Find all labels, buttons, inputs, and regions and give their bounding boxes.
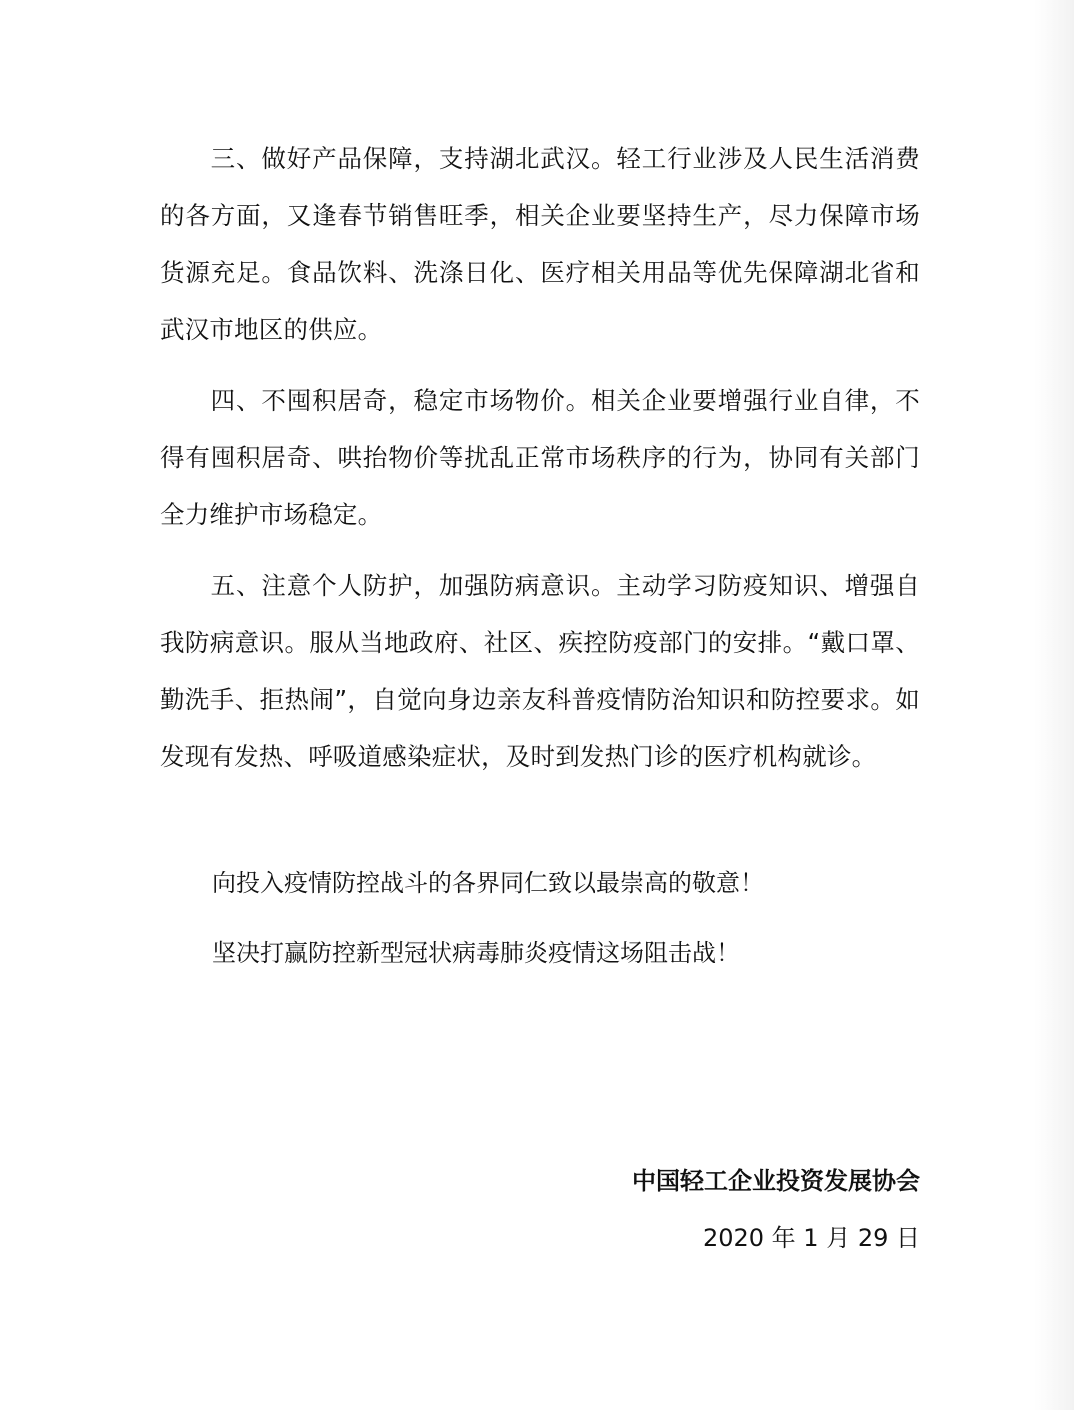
paragraph-text: 五、注意个人防护，加强防病意识。主动学习防疫知识、增强自我防病意识。服从当地政府… (160, 571, 920, 771)
paragraph-item-4: 四、不囤积居奇，稳定市场物价。相关企业要增强行业自律，不得有囤积居奇、哄抬物价等… (160, 372, 920, 543)
paragraph-item-5: 五、注意个人防护，加强防病意识。主动学习防疫知识、增强自我防病意识。服从当地政府… (160, 557, 920, 785)
signature-date: 2020 年 1 月 29 日 (703, 1222, 920, 1254)
closing-line-slogan: 坚决打赢防控新型冠状病毒肺炎疫情这场阻击战！ (212, 937, 740, 969)
paragraph-text: 三、做好产品保障，支持湖北武汉。轻工行业涉及人民生活消费的各方面，又逢春节销售旺… (160, 144, 920, 344)
closing-line-salute: 向投入疫情防控战斗的各界同仁致以最崇高的敬意！ (212, 867, 764, 899)
paragraph-text: 四、不囤积居奇，稳定市场物价。相关企业要增强行业自律，不得有囤积居奇、哄抬物价等… (160, 386, 920, 529)
paragraph-item-3: 三、做好产品保障，支持湖北武汉。轻工行业涉及人民生活消费的各方面，又逢春节销售旺… (160, 130, 920, 358)
signature-organization: 中国轻工企业投资发展协会 (632, 1165, 920, 1197)
page-edge-shadow (1034, 0, 1074, 1410)
